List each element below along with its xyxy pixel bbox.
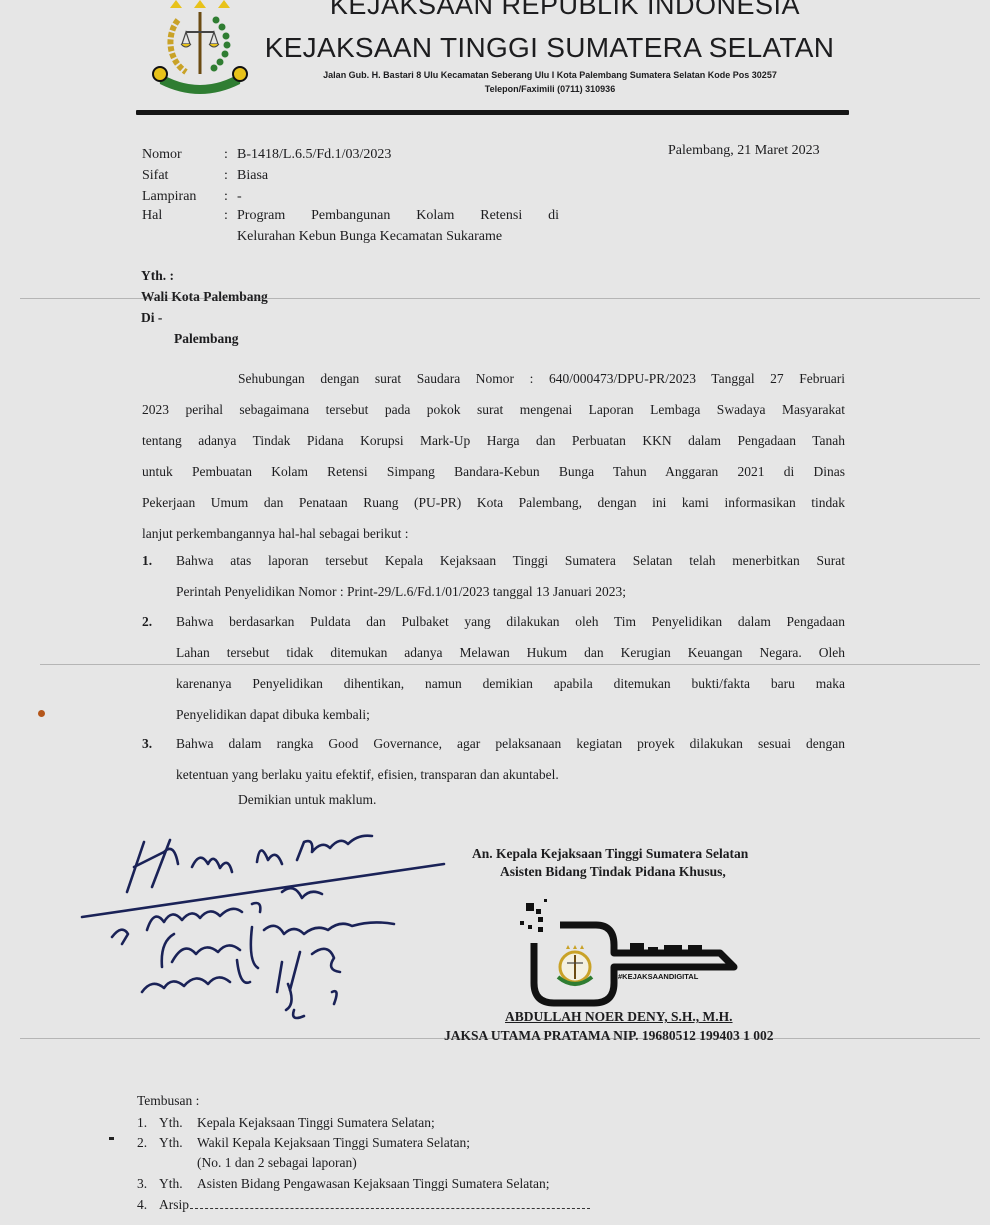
cc-text: Wakil Kepala Kejaksaan Tinggi Sumatera S… [197,1135,470,1150]
recipient-city: Palembang [174,331,239,347]
dotted-leader [190,1200,590,1209]
cc-prefix: Yth. [159,1113,197,1133]
list-line: karenanya Penyelidikan dihentikan, namun… [176,668,845,699]
signatory-rank-nip: JAKSA UTAMA PRATAMA NIP. 19680512 199403… [444,1028,774,1044]
list-item: 1. Bahwa atas laporan tersebut Kepala Ke… [142,545,845,607]
signatory-name: ABDULLAH NOER DENY, S.H., M.H. [505,1009,733,1025]
scan-speck [38,710,45,717]
list-number: 2. [142,606,152,637]
cc-text: Arsip [159,1197,189,1212]
cc-item: 1.Yth.Kepala Kejaksaan Tinggi Sumatera S… [137,1113,435,1133]
hal-line: Program Pembangunan Kolam Retensi di [237,205,559,226]
cc-number: 1. [137,1113,159,1133]
cc-prefix: Yth. [159,1174,197,1194]
paragraph-line: Sehubungan dengan surat Saudara Nomor : … [142,363,845,394]
list-line: Bahwa dalam rangka Good Governance, agar… [176,728,845,759]
digital-key-stamp-icon: #KEJAKSAANDIGITAL [512,895,744,1010]
list-line: Bahwa atas laporan tersebut Kepala Kejak… [176,545,845,576]
handwritten-note-icon [72,812,467,1022]
meta-sifat: Sifat:Biasa [142,166,268,186]
cc-item: 4.Arsip [137,1195,590,1215]
stamp-hashtag: #KEJAKSAANDIGITAL [618,972,699,981]
kejaksaan-emblem-icon [148,0,252,98]
letterhead-phone: Telepon/Faximili (0711) 310936 [280,84,820,94]
signature-title: An. Kepala Kejaksaan Tinggi Sumatera Sel… [472,846,748,862]
signature-position: Asisten Bidang Tindak Pidana Khusus, [500,864,726,880]
meta-colon: : [224,145,237,165]
recipient-salutation: Yth. : [141,268,174,284]
cc-item: (No. 1 dan 2 sebagai laporan) [137,1153,357,1173]
meta-label: Nomor [142,145,224,165]
letterhead-divider [136,110,849,115]
cc-text: (No. 1 dan 2 sebagai laporan) [197,1155,357,1170]
recipient-di: Di - [141,310,162,326]
list-line: Bahwa berdasarkan Puldata dan Pulbaket y… [176,606,845,637]
meta-colon: : [224,187,237,207]
letterhead-institution: KEJAKSAAN REPUBLIK INDONESIA [270,0,860,21]
scan-fold-line [40,664,980,665]
scan-fold-line [20,298,980,299]
letterhead-office: KEJAKSAAN TINGGI SUMATERA SELATAN [262,32,837,64]
list-number: 1. [142,545,152,576]
meta-value: - [237,189,242,204]
paragraph-line: untuk Pembuatan Kolam Retensi Simpang Ba… [142,456,845,487]
meta-value: B-1418/L.6.5/Fd.1/03/2023 [237,147,391,162]
meta-hal-value: Program Pembangunan Kolam Retensi di Kel… [237,205,559,247]
list-item: 2. Bahwa berdasarkan Puldata dan Pulbake… [142,606,845,730]
scan-fold-line [20,1038,980,1039]
cc-title: Tembusan : [137,1093,199,1109]
list-item: 3. Bahwa dalam rangka Good Governance, a… [142,728,845,790]
paragraph-line: Pekerjaan Umum dan Penataan Ruang (PU-PR… [142,487,845,518]
meta-colon: : [224,206,237,226]
cc-text: Asisten Bidang Pengawasan Kejaksaan Ting… [197,1176,549,1191]
scan-mark [109,1137,114,1140]
paragraph-line: 2023 perihal sebagaimana tersebut pada p… [142,394,845,425]
closing-remark: Demikian untuk maklum. [238,792,376,808]
cc-prefix: Yth. [159,1133,197,1153]
cc-text: Kepala Kejaksaan Tinggi Sumatera Selatan… [197,1115,435,1130]
meta-colon: : [224,166,237,186]
meta-lampiran: Lampiran:- [142,187,242,207]
meta-hal: Hal: [142,206,237,226]
cc-number: 2. [137,1133,159,1153]
list-line: Perintah Penyelidikan Nomor : Print-29/L… [176,576,845,607]
list-line: ketentuan yang berlaku yaitu efektif, ef… [176,759,845,790]
cc-number: 3. [137,1174,159,1194]
letterhead-address: Jalan Gub. H. Bastari 8 Ulu Kecamatan Se… [280,70,820,80]
recipient-name: Wali Kota Palembang [141,289,268,305]
meta-label: Hal [142,206,224,226]
list-line: Penyelidikan dapat dibuka kembali; [176,699,845,730]
hal-line: Kelurahan Kebun Bunga Kecamatan Sukarame [237,229,502,244]
intro-paragraph: Sehubungan dengan surat Saudara Nomor : … [142,363,845,549]
cc-item: 2.Yth.Wakil Kepala Kejaksaan Tinggi Suma… [137,1133,470,1153]
cc-item: 3.Yth.Asisten Bidang Pengawasan Kejaksaa… [137,1174,549,1194]
list-number: 3. [142,728,152,759]
place-date: Palembang, 21 Maret 2023 [668,143,820,159]
meta-label: Lampiran [142,187,224,207]
meta-label: Sifat [142,166,224,186]
paragraph-line: tentang adanya Tindak Pidana Korupsi Mar… [142,425,845,456]
cc-number: 4. [137,1195,159,1215]
meta-nomor: Nomor:B-1418/L.6.5/Fd.1/03/2023 [142,145,391,165]
meta-value: Biasa [237,168,268,183]
